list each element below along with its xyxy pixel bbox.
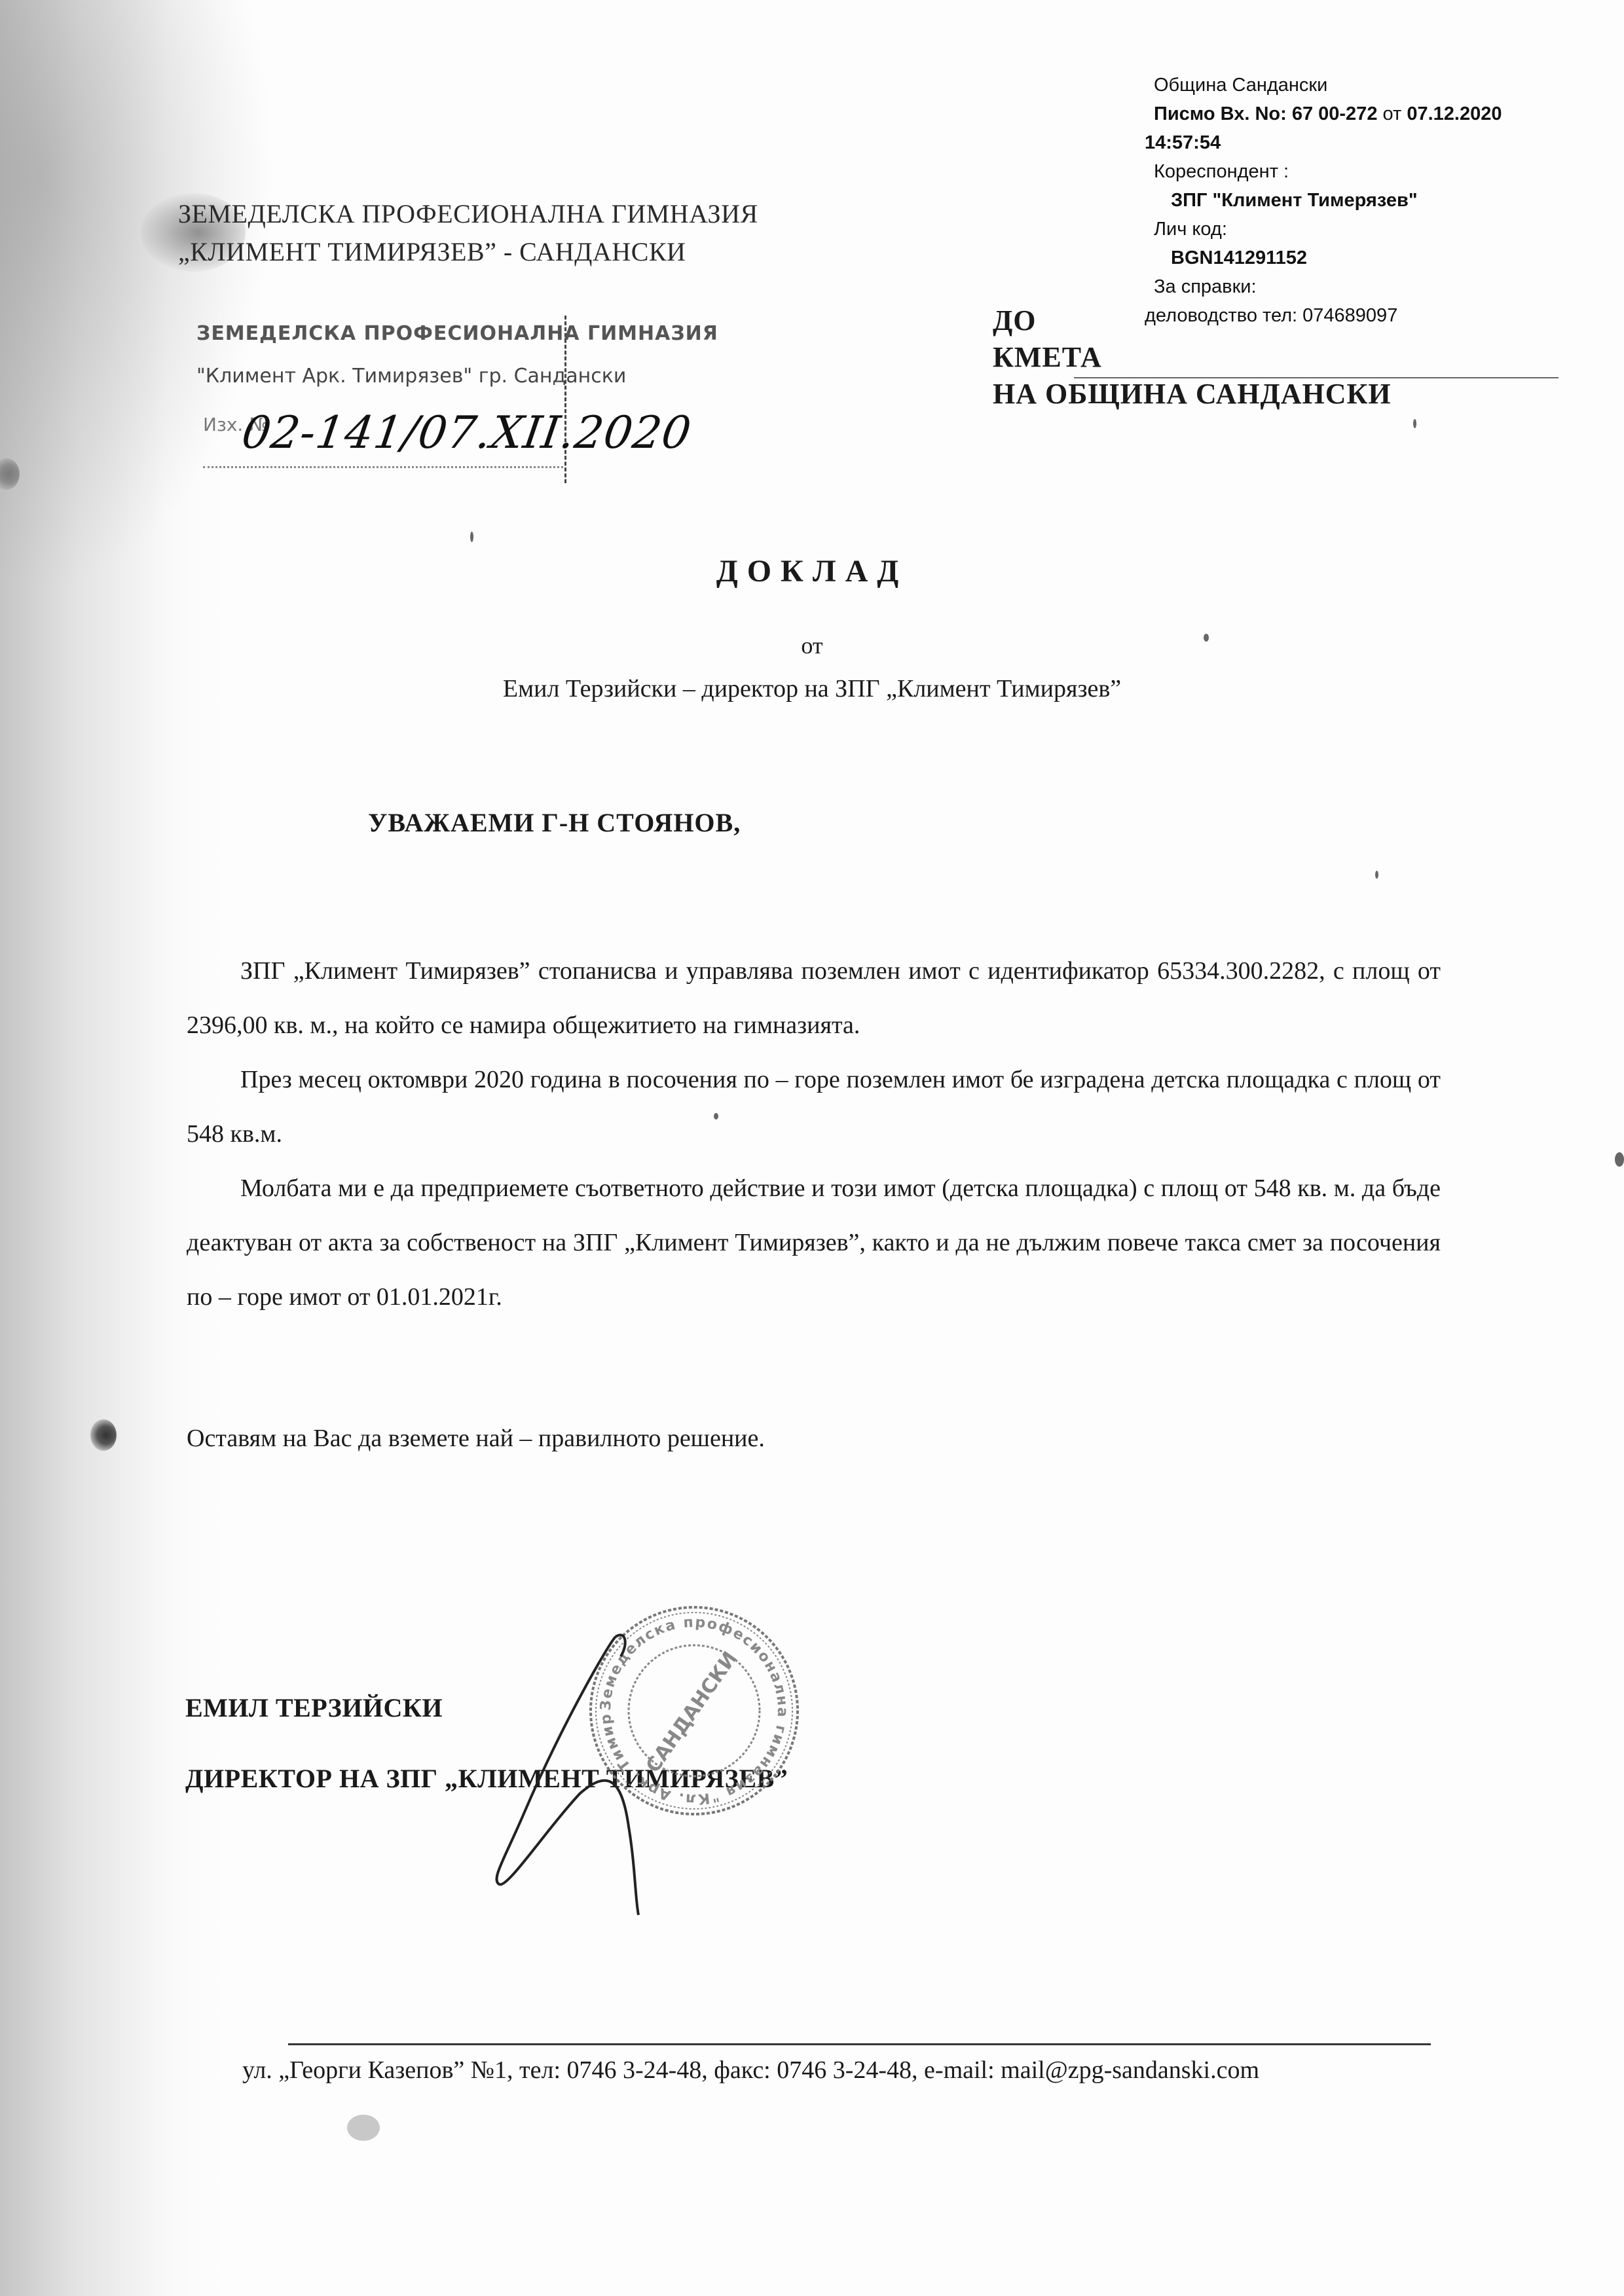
addressee: ДО КМЕТА НА ОБЩИНА САНДАНСКИ: [993, 302, 1392, 412]
scan-speck: [714, 1113, 718, 1120]
footer-contacts: ул. „Георги Казепов” №1, тел: 0746 3-24-…: [242, 2056, 1259, 2085]
scan-speck: [470, 532, 473, 542]
paragraph: През месец октомври 2020 година в посоче…: [187, 1053, 1441, 1161]
registry-municipality: Община Сандански: [1154, 71, 1502, 100]
registry-personal-code: BGN141291152: [1154, 244, 1502, 272]
scan-speck: [1375, 871, 1378, 879]
letterhead-line2: „КЛИМЕНТ ТИМИРЯЗЕВ” - САНДАНСКИ: [178, 233, 758, 271]
registry-letter-line: Писмо Вх. No: 67 00-272 от 07.12.2020: [1154, 100, 1502, 128]
document-title: ДОКЛАД: [0, 553, 1624, 589]
scan-speck: [1413, 419, 1416, 428]
punch-hole: [90, 1419, 117, 1451]
stamp-line2: "Климент Арк. Тимирязев" гр. Сандански: [196, 365, 626, 388]
scan-smudge: [347, 2115, 380, 2141]
registry-inquiries-label: За справки:: [1154, 272, 1502, 301]
footer-rule: [288, 2043, 1431, 2045]
scan-speck: [1204, 634, 1209, 642]
stamp-line1: ЗЕМЕДЕЛСКА ПРОФЕСИОНАЛНА ГИМНАЗИЯ: [196, 322, 718, 345]
document-body: ЗПГ „Климент Тимирязев” стопанисва и упр…: [187, 944, 1441, 1324]
outgoing-number-stamp: ЗЕМЕДЕЛСКА ПРОФЕСИОНАЛНА ГИМНАЗИЯ "Климе…: [124, 316, 566, 483]
letterhead: ЗЕМЕДЕЛСКА ПРОФЕСИОНАЛНА ГИМНАЗИЯ „КЛИМЕ…: [178, 195, 758, 271]
addressee-rule: [1074, 377, 1559, 378]
registry-correspondent: ЗПГ "Климент Тимерязев": [1154, 186, 1502, 215]
registry-time: 14:57:54: [1145, 128, 1502, 157]
paragraph: Молбата ми е да предприемете съответното…: [187, 1161, 1441, 1324]
handwritten-signature-icon: [445, 1617, 747, 1918]
addressee-line3: НА ОБЩИНА САНДАНСКИ: [993, 376, 1392, 412]
letterhead-line1: ЗЕМЕДЕЛСКА ПРОФЕСИОНАЛНА ГИМНАЗИЯ: [178, 195, 758, 233]
stamp-dotted-line: [203, 466, 563, 468]
from-label: от: [0, 632, 1624, 659]
scan-shadow-top: [0, 0, 275, 589]
registry-stamp: Община Сандански Писмо Вх. No: 67 00-272…: [1154, 71, 1502, 330]
scan-speck: [1615, 1152, 1624, 1167]
registry-correspondent-label: Кореспондент :: [1154, 157, 1502, 186]
stamp-handwritten-number: 02-141/07.XII.2020: [238, 407, 694, 459]
addressee-line2: КМЕТА: [993, 339, 1392, 376]
registry-letter-number: 67 00-272: [1292, 103, 1378, 124]
paragraph: ЗПГ „Климент Тимирязев” стопанисва и упр…: [187, 944, 1441, 1053]
salutation: УВАЖАЕМИ Г-Н СТОЯНОВ,: [368, 807, 741, 838]
from-author: Емил Терзийски – директор на ЗПГ „Климен…: [0, 674, 1624, 703]
registry-date: 07.12.2020: [1407, 103, 1502, 124]
addressee-line1: ДО: [993, 302, 1392, 339]
closing-sentence: Оставям на Вас да вземете най – правилно…: [187, 1424, 765, 1453]
registry-personal-code-label: Лич код:: [1154, 215, 1502, 244]
